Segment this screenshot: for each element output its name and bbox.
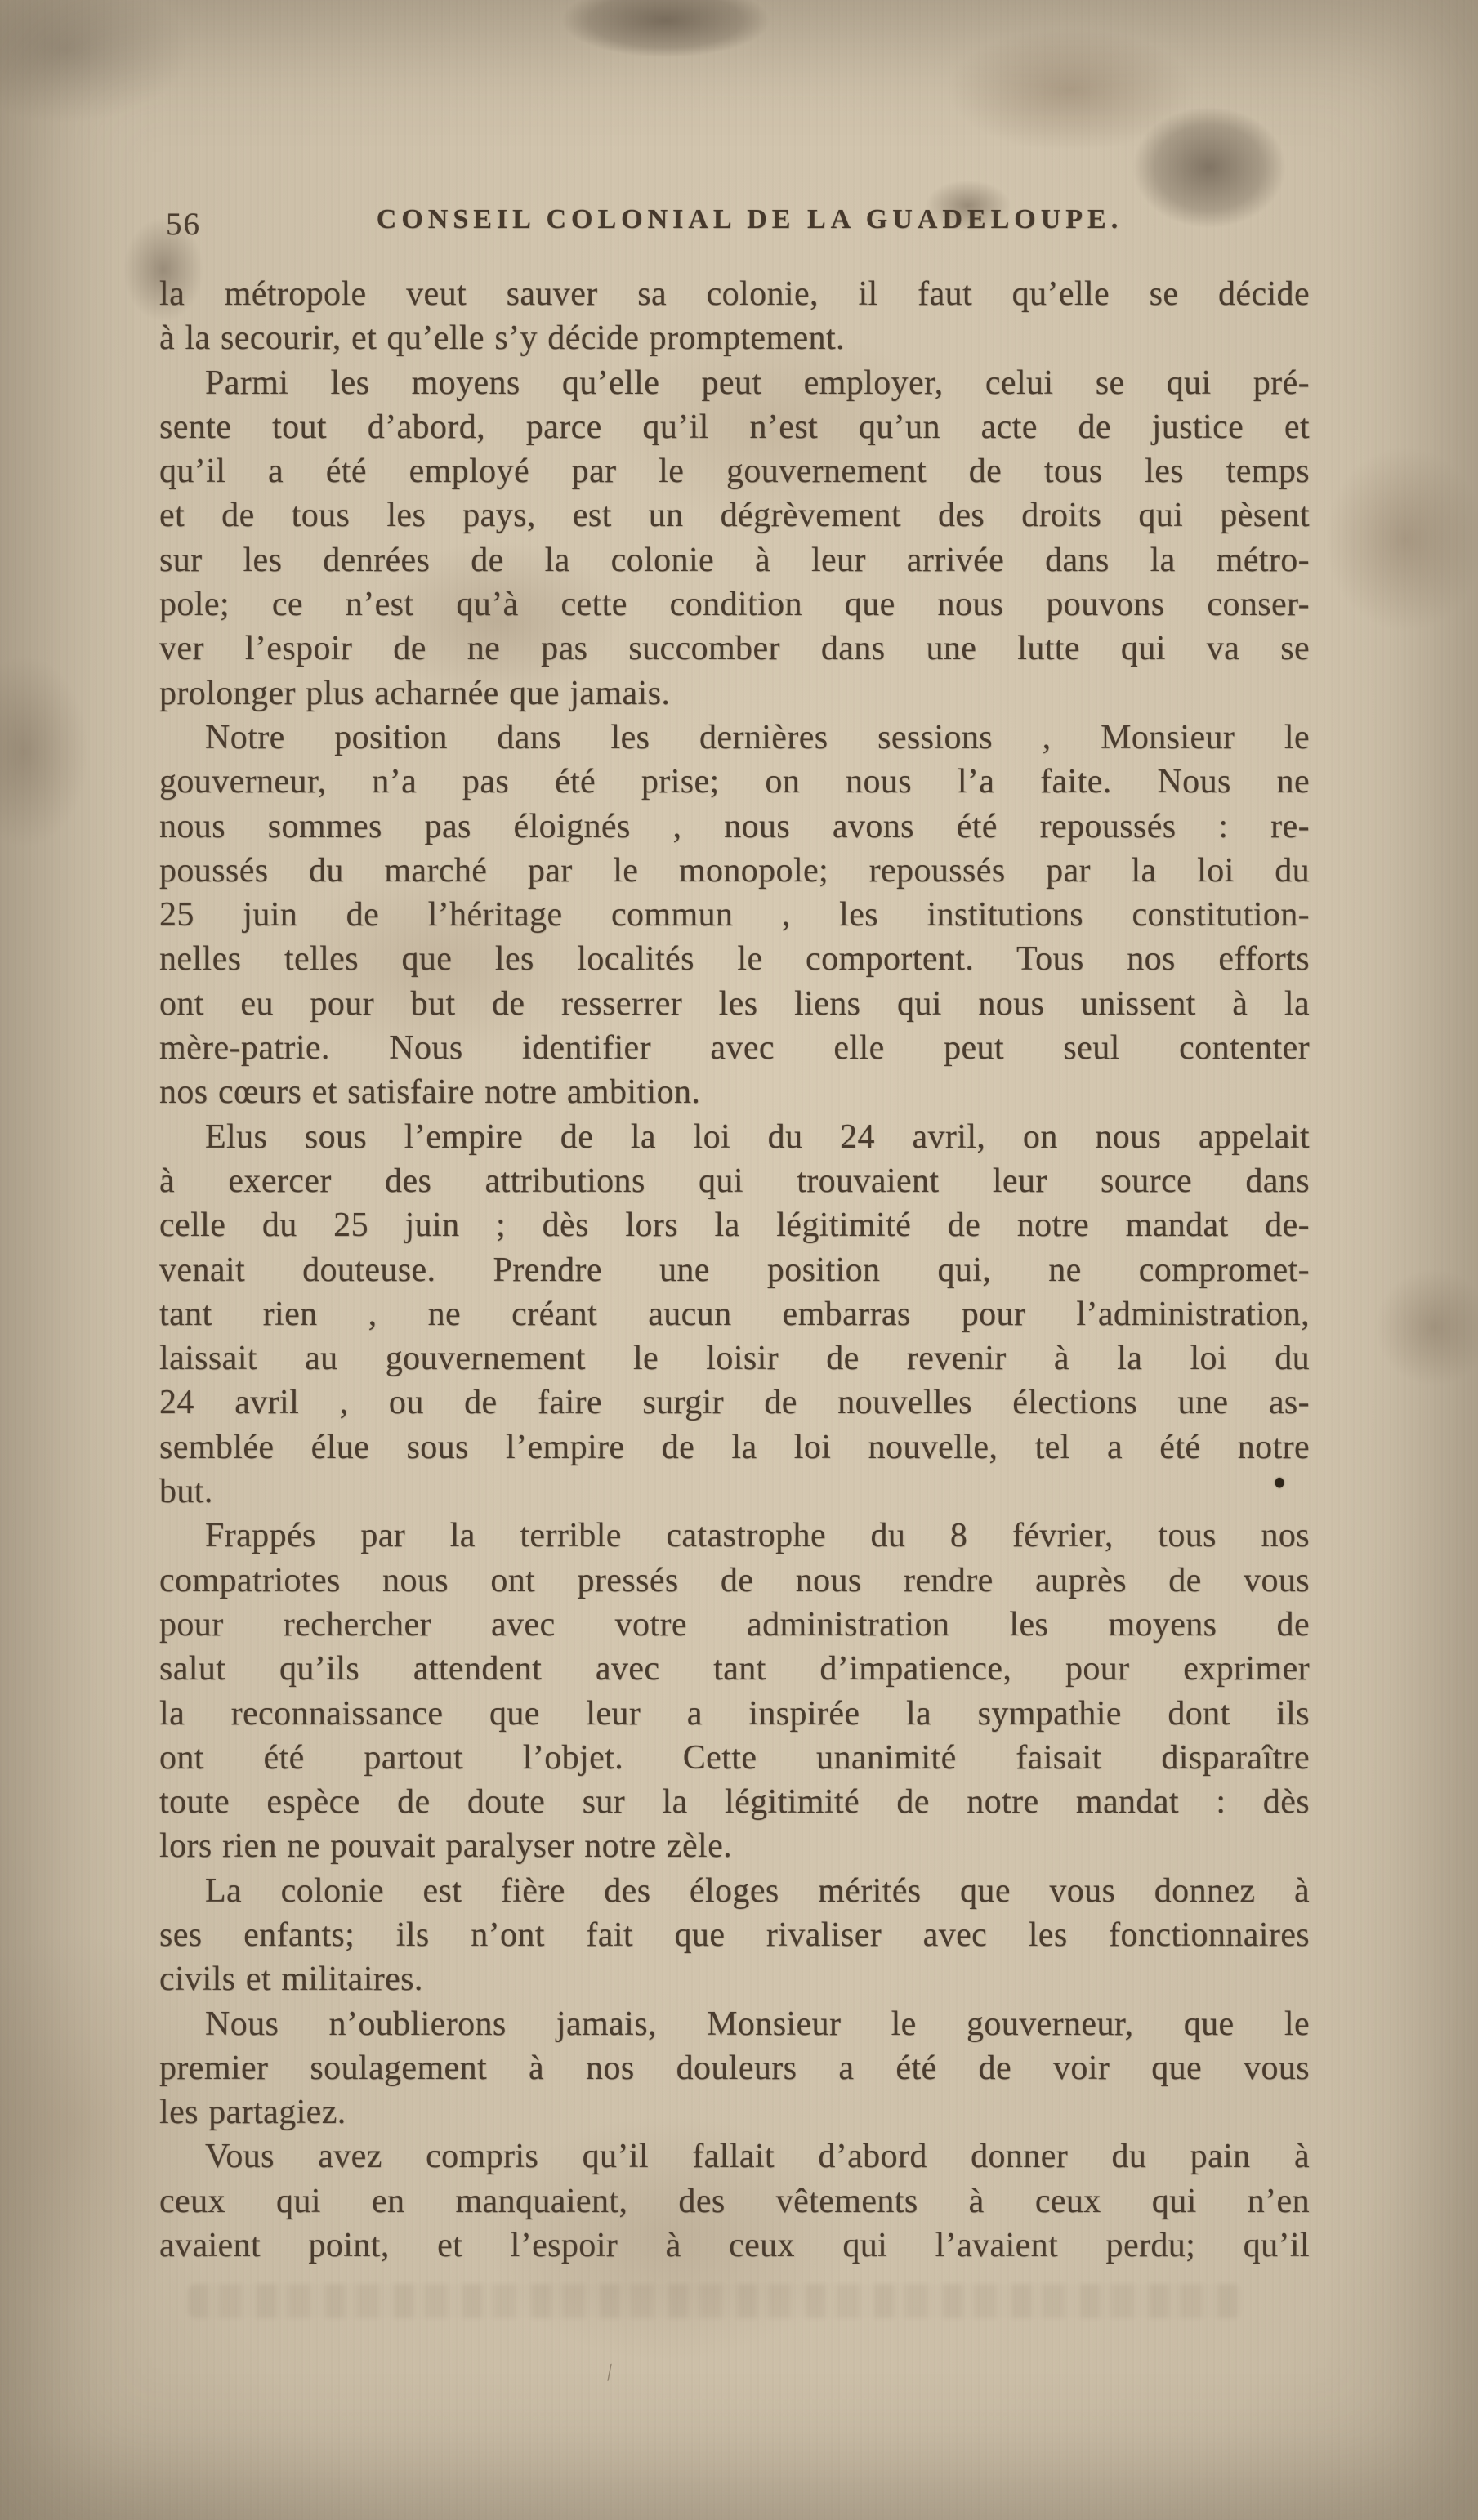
text-line: 24 avril , ou de faire surgir de nouvell…	[159, 1380, 1310, 1425]
text-line: semblée élue sous l’empire de la loi nou…	[159, 1425, 1310, 1470]
text-line: Vous avez compris qu’il fallait d’abord …	[159, 2134, 1310, 2179]
ink-dot-mark: •	[1273, 1461, 1286, 1505]
text-line: ceux qui en manquaient, des vêtements à …	[159, 2179, 1310, 2223]
text-line: Elus sous l’empire de la loi du 24 avril…	[159, 1115, 1310, 1159]
text-line: ont été partout l’objet. Cette unanimité…	[159, 1736, 1310, 1780]
book-page: 56 CONSEIL COLONIAL DE LA GUADELOUPE. la…	[0, 0, 1478, 2520]
text-line: ver l’espoir de ne pas succomber dans un…	[159, 627, 1310, 671]
text-line: avaient point, et l’espoir à ceux qui l’…	[159, 2223, 1310, 2268]
text-line: Parmi les moyens qu’elle peut employer, …	[159, 361, 1310, 405]
text-line: nous sommes pas éloignés , nous avons ét…	[159, 805, 1310, 849]
stray-slash-mark: /	[605, 2359, 615, 2388]
text-line: nelles telles que les localités le compo…	[159, 937, 1310, 981]
text-line: La colonie est fière des éloges mérités …	[159, 1869, 1310, 1913]
text-line: pole; ce n’est qu’à cette condition que …	[159, 582, 1310, 627]
text-line: sur les denrées de la colonie à leur arr…	[159, 538, 1310, 582]
text-line: la reconnaissance que leur a inspirée la…	[159, 1692, 1310, 1736]
page-number: 56	[166, 206, 201, 243]
body-text: la métropole veut sauver sa colonie, il …	[159, 272, 1310, 2268]
text-line: Notre position dans les dernières sessio…	[159, 716, 1310, 760]
text-line: les partagiez.	[159, 2090, 1310, 2134]
text-line: premier soulagement à nos douleurs a été…	[159, 2046, 1310, 2090]
text-line: gouverneur, n’a pas été prise; on nous l…	[159, 760, 1310, 804]
text-line: nos cœurs et satisfaire notre ambition.	[159, 1070, 1310, 1114]
text-line: la métropole veut sauver sa colonie, il …	[159, 272, 1310, 316]
text-line: à exercer des attributions qui trouvaien…	[159, 1159, 1310, 1203]
text-line: toute espèce de doute sur la légitimité …	[159, 1780, 1310, 1824]
text-line: qu’il a été employé par le gouvernement …	[159, 449, 1310, 493]
text-line: laissait au gouvernement le loisir de re…	[159, 1336, 1310, 1380]
text-line: mère-patrie. Nous identifier avec elle p…	[159, 1026, 1310, 1070]
text-line: Frappés par la terrible catastrophe du 8…	[159, 1514, 1310, 1558]
text-line: et de tous les pays, est un dégrèvement …	[159, 493, 1310, 537]
text-line: ses enfants; ils n’ont fait que rivalise…	[159, 1913, 1310, 1957]
text-line: sente tout d’abord, parce qu’il n’est qu…	[159, 405, 1310, 449]
text-line: civils et militaires.	[159, 1957, 1310, 2001]
text-line: celle du 25 juin ; dès lors la légitimit…	[159, 1203, 1310, 1247]
text-line: Nous n’oublierons jamais, Monsieur le go…	[159, 2002, 1310, 2046]
running-title: CONSEIL COLONIAL DE LA GUADELOUPE.	[159, 204, 1307, 235]
show-through-band	[188, 2284, 1242, 2318]
text-line: tant rien , ne créant aucun embarras pou…	[159, 1292, 1310, 1336]
text-line: ont eu pour but de resserrer les liens q…	[159, 982, 1310, 1026]
text-line: poussés du marché par le monopole; repou…	[159, 849, 1310, 893]
text-line: but.	[159, 1470, 1310, 1514]
text-line: 25 juin de l’héritage commun , les insti…	[159, 893, 1310, 937]
text-line: venait douteuse. Prendre une position qu…	[159, 1248, 1310, 1292]
running-head: 56 CONSEIL COLONIAL DE LA GUADELOUPE.	[159, 204, 1307, 245]
text-line: pour rechercher avec votre administratio…	[159, 1603, 1310, 1647]
text-line: prolonger plus acharnée que jamais.	[159, 671, 1310, 716]
text-line: lors rien ne pouvait paralyser notre zèl…	[159, 1824, 1310, 1868]
text-line: compatriotes nous ont pressés de nous re…	[159, 1559, 1310, 1603]
text-line: salut qu’ils attendent avec tant d’impat…	[159, 1647, 1310, 1691]
text-line: à la secourir, et qu’elle s’y décide pro…	[159, 316, 1310, 360]
